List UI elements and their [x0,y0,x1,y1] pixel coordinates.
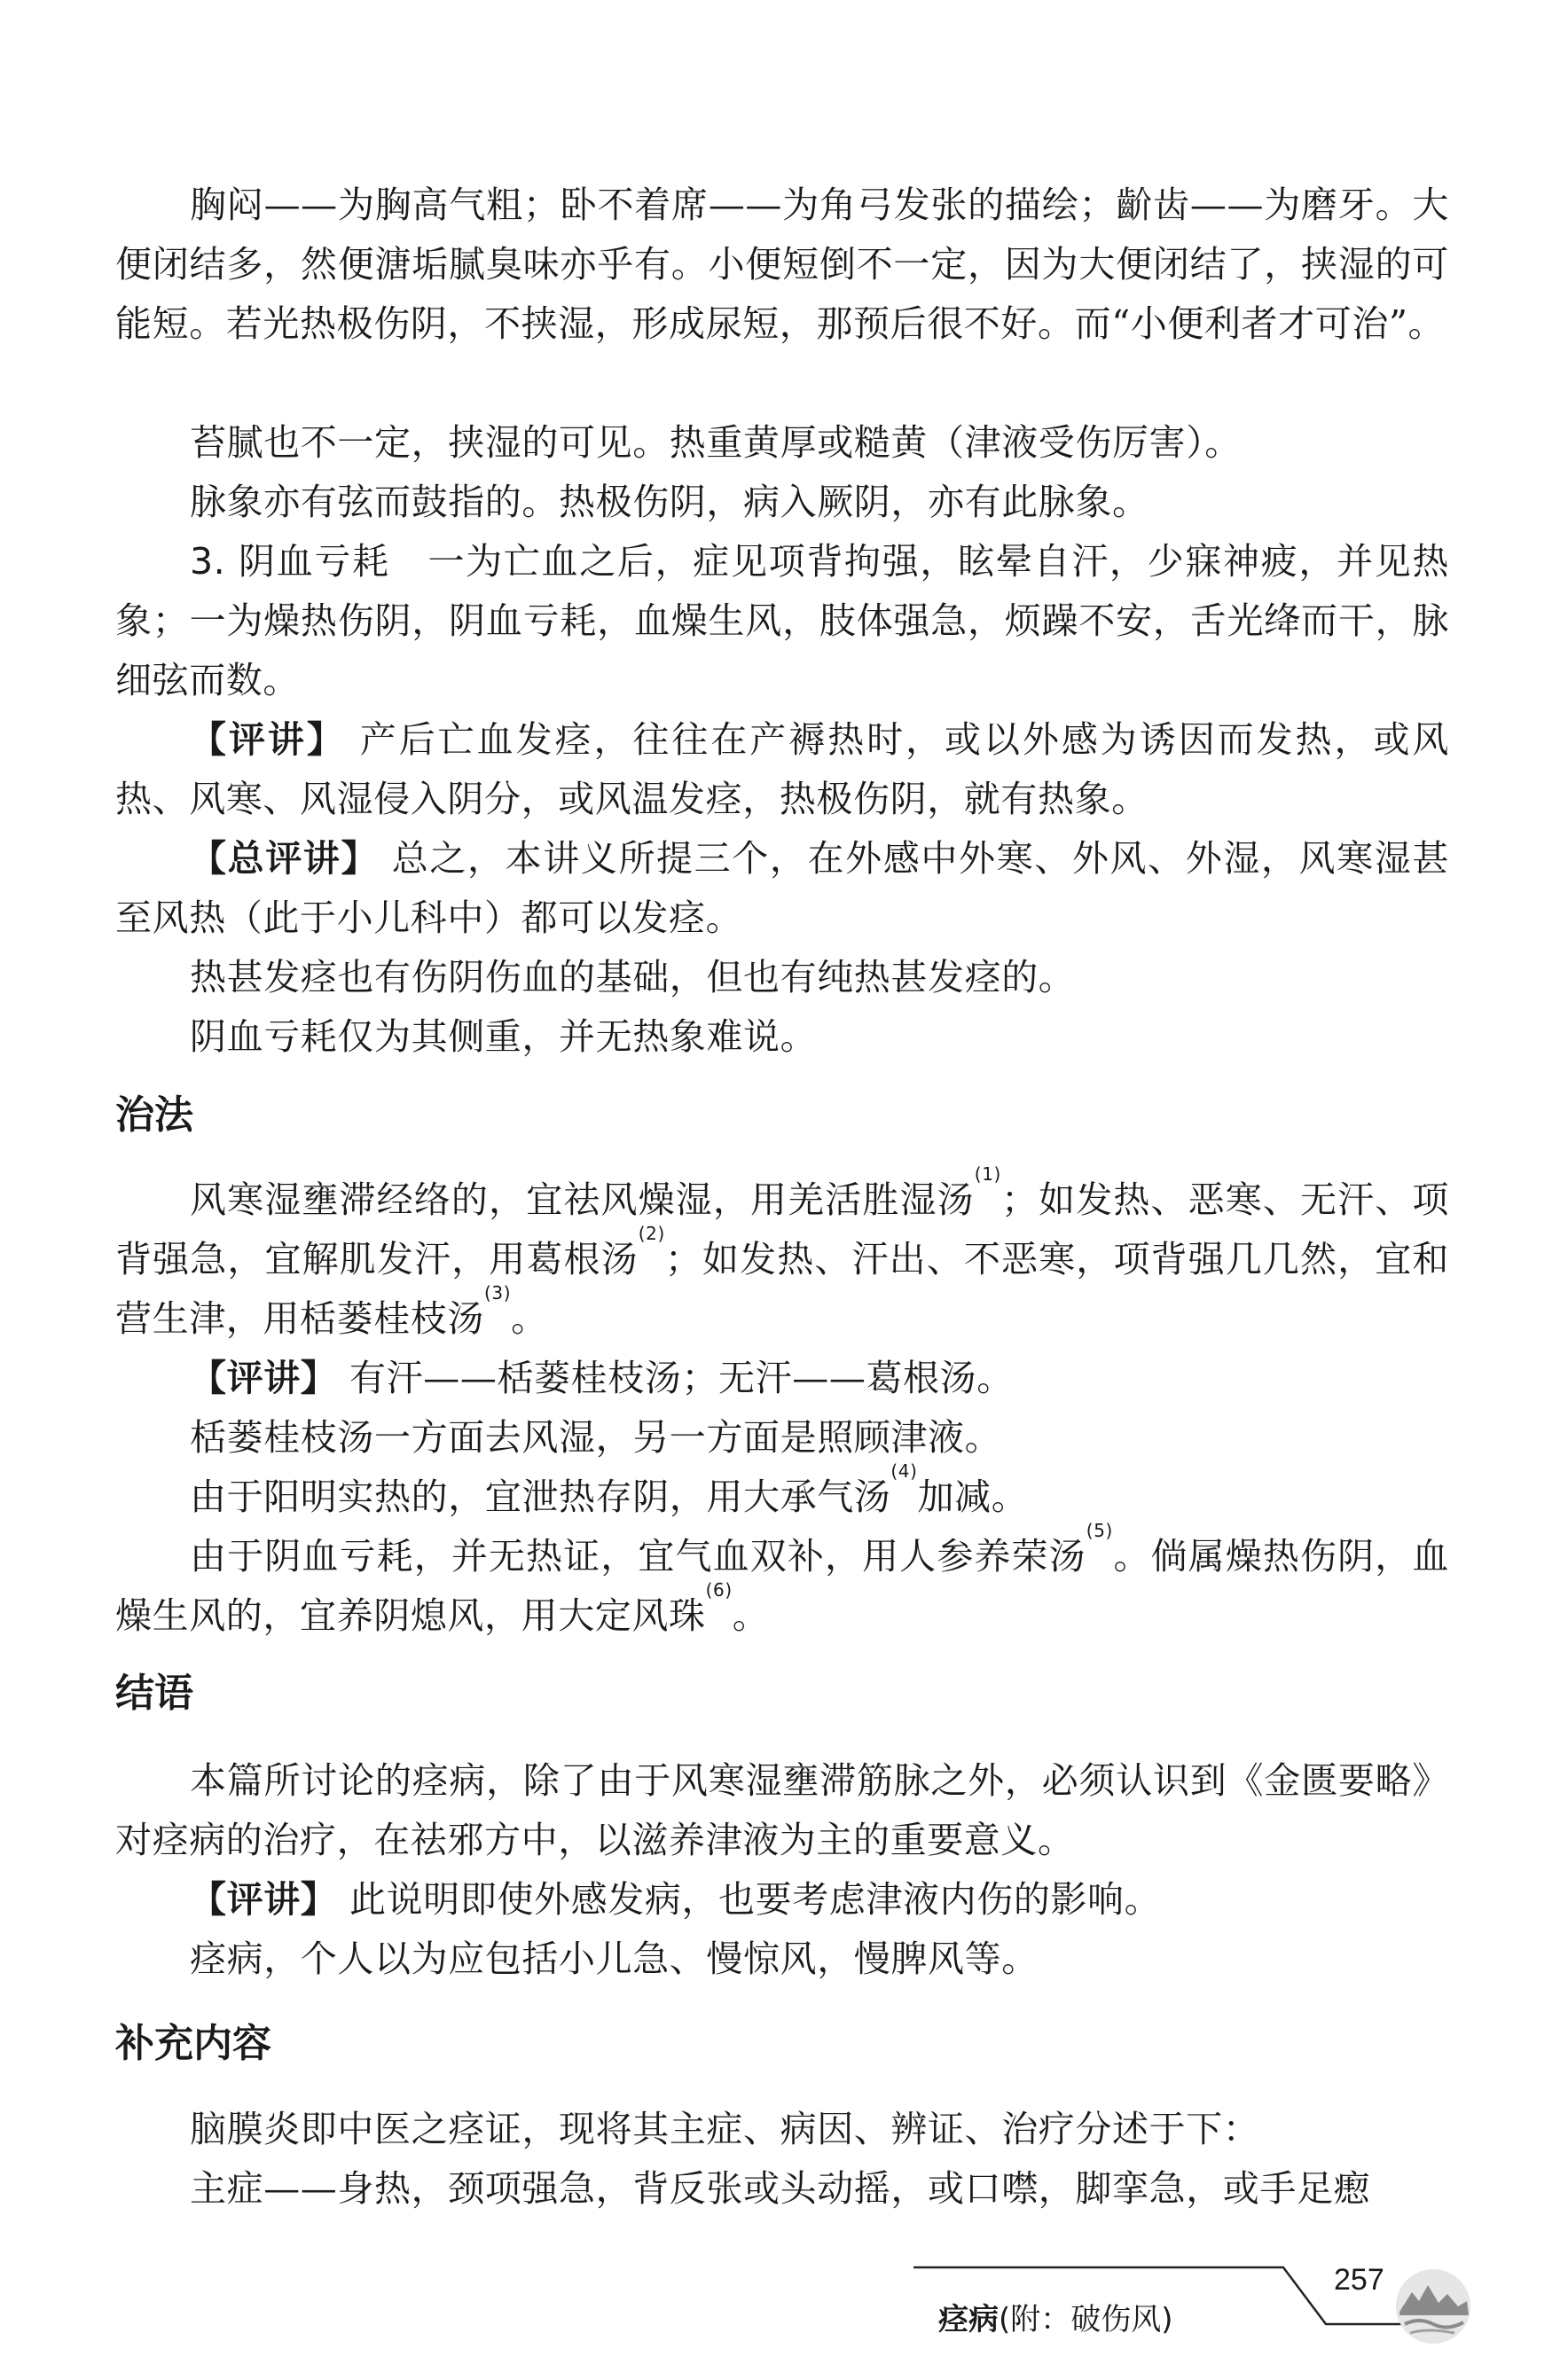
footer-rule [0,0,1568,2380]
page-number: 257 [1334,2263,1384,2298]
landscape-emblem-icon [1392,2266,1474,2347]
running-title: 痉病(附：破伤风) [938,2295,1173,2338]
running-title-paren: (附：破伤风) [999,2302,1173,2337]
running-title-main: 痉病 [938,2302,999,2337]
